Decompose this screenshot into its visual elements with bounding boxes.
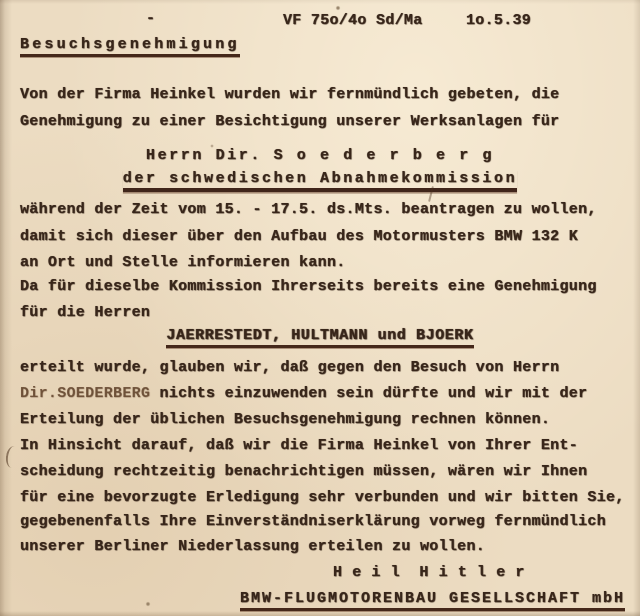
paragraph2-line3: an Ort und Stelle informieren kann. <box>20 254 346 272</box>
closing-salute: H e i l H i t l e r <box>333 564 525 582</box>
soederberg-name-faded: Dir.SOEDERBERG <box>20 385 150 402</box>
paragraph5-line4: gegebenenfalls Ihre Einverständniserklär… <box>20 513 606 531</box>
paragraph4-line1: erteilt wurde, glauben wir, daß gegen de… <box>20 359 559 377</box>
paragraph4-line3: Erteilung der üblichen Besuchsgenehmigun… <box>20 411 550 429</box>
subject-line: Besuchsgenehmigung <box>20 36 240 54</box>
addressee-org-line: der schwedischen Abnahmekommission <box>0 170 640 188</box>
paragraph3-line2: für die Herren <box>20 304 150 322</box>
paragraph5-line5: unserer Berliner Niederlassung erteilen … <box>20 538 485 556</box>
margin-pen-mark <box>5 445 22 469</box>
header-dash: - <box>146 10 155 28</box>
paragraph3-line1: Da für dieselbe Kommission Ihrerseits be… <box>20 278 597 296</box>
paragraph5-line1: In Hinsicht darauf, daß wir die Firma He… <box>20 437 578 455</box>
delegation-names-line: JAERRESTEDT, HULTMANN und BJOERK <box>0 327 640 345</box>
paragraph4-line2: Dir.SOEDERBERG nichts einzuwenden sein d… <box>20 385 587 403</box>
paragraph5-line3: für eine bevorzugte Erledigung sehr verb… <box>20 489 625 507</box>
addressee-name-text: Herrn Dir. S o e d e r b e r g <box>146 147 494 164</box>
delegation-names-text: JAERRESTEDT, HULTMANN und BJOERK <box>166 327 473 348</box>
paragraph5-line2: scheidung rechtzeitig benachrichtigen mü… <box>20 463 587 481</box>
typewritten-letter-scan: - VF 75o/4o Sd/Ma 1o.5.39 Besuchsgenehmi… <box>0 0 640 616</box>
document-date: 1o.5.39 <box>466 12 531 30</box>
company-signature-text: BMW-FLUGMOTORENBAU GESELLSCHAFT mbH <box>240 590 625 611</box>
reference-number: VF 75o/4o Sd/Ma <box>283 12 423 30</box>
paragraph2-line2: damit sich dieser über den Aufbau des Mo… <box>20 228 578 246</box>
paragraph2-line1: während der Zeit vom 15. - 17.5. ds.Mts.… <box>20 201 597 219</box>
paragraph1-line2: Genehmigung zu einer Besichtigung unsere… <box>20 113 559 131</box>
addressee-name-line: Herrn Dir. S o e d e r b e r g <box>0 147 640 165</box>
company-signature-line: BMW-FLUGMOTORENBAU GESELLSCHAFT mbH <box>240 590 625 608</box>
paragraph4-line2-rest: nichts einzuwenden sein dürfte und wir m… <box>150 385 587 402</box>
subject-text: Besuchsgenehmigung <box>20 36 240 57</box>
addressee-org-text: der schwedischen Abnahmekommission <box>123 170 517 192</box>
paragraph1-line1: Von der Firma Heinkel wurden wir fernmün… <box>20 86 559 104</box>
